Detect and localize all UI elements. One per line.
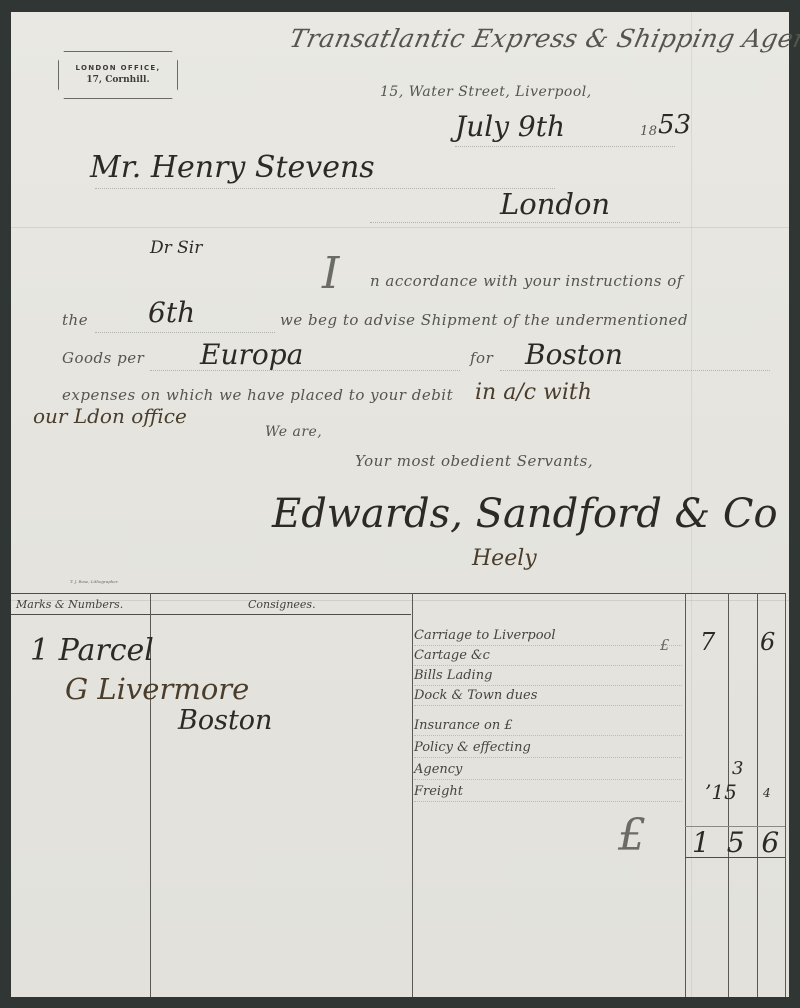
- body-line-1: n accordance with your instructions of: [370, 272, 683, 290]
- addressee-city: London: [500, 187, 610, 221]
- total-amount: 1 5 6: [692, 826, 783, 859]
- body-for: for: [470, 349, 493, 367]
- column-divider: [685, 593, 686, 997]
- lithographer-credit: T. J. Rose, Lithographer.: [70, 579, 118, 584]
- marks-entry: 1 Parcel: [30, 633, 154, 668]
- fold-crease: [11, 227, 789, 228]
- addressee-name: Mr. Henry Stevens: [90, 150, 375, 185]
- body-line-2: we beg to advise Shipment of the underme…: [280, 311, 688, 329]
- letter-date: July 9th: [455, 110, 565, 143]
- agency-shillings: 3: [732, 758, 743, 779]
- office-note: our Ldon office: [33, 404, 187, 428]
- charge-rule: [414, 735, 682, 736]
- charge-insurance: Insurance on £: [414, 718, 513, 733]
- year-prefix: 18: [640, 124, 658, 139]
- body-line-4: expenses on which we have placed to your…: [62, 386, 453, 404]
- charge-rule: [414, 757, 682, 758]
- pound-sign: £: [660, 636, 670, 654]
- carriage-pence: 6: [760, 628, 775, 656]
- signature-sub: Heely: [472, 546, 537, 571]
- total-currency: £: [618, 810, 646, 861]
- table-top-rule: [11, 593, 786, 594]
- consignee-city: Boston: [178, 705, 272, 736]
- charge-rule: [414, 801, 682, 802]
- destination: Boston: [525, 338, 623, 371]
- carriage-shillings: 7: [700, 628, 715, 656]
- date-blank-rule: [95, 332, 275, 333]
- fold-crease: [11, 600, 789, 601]
- we-are: We are,: [265, 424, 322, 440]
- office-label: LONDON OFFICE,: [59, 64, 177, 72]
- header-consignees: Consignees.: [248, 598, 316, 611]
- column-divider: [412, 593, 413, 997]
- company-address: 15, Water Street, Liverpool,: [380, 84, 592, 100]
- charge-rule: [414, 665, 682, 666]
- charge-carriage-liverpool: Carriage to Liverpool: [414, 628, 556, 643]
- freight-shillings: ’15: [705, 780, 737, 804]
- date-rule: [455, 146, 675, 147]
- charge-rule: [414, 779, 682, 780]
- charge-dock-town: Dock & Town dues: [414, 688, 537, 703]
- header-marks: Marks & Numbers.: [16, 598, 123, 611]
- charge-rule: [414, 705, 682, 706]
- ship-name: Europa: [200, 338, 303, 371]
- column-divider: [785, 593, 786, 997]
- addressee-rule: [95, 188, 555, 189]
- table-header-rule: [11, 614, 411, 615]
- company-name: Transatlantic Express & Shipping Agency: [287, 24, 800, 53]
- account-note: in a/c with: [475, 380, 592, 405]
- body-the: the: [62, 311, 88, 329]
- city-rule: [370, 222, 680, 223]
- freight-pence: 4: [763, 786, 771, 800]
- ship-rule: [150, 370, 460, 371]
- charge-policy: Policy & effecting: [414, 740, 531, 755]
- charge-freight: Freight: [414, 784, 463, 799]
- destination-rule: [500, 370, 770, 371]
- closing: Your most obedient Servants,: [355, 452, 593, 470]
- instruction-date: 6th: [148, 296, 195, 329]
- charge-agency: Agency: [414, 762, 462, 777]
- charge-rule: [414, 645, 682, 646]
- consignee-entry: G Livermore: [65, 672, 249, 706]
- london-office-box: LONDON OFFICE, 17, Cornhill.: [58, 51, 178, 99]
- body-goods-per: Goods per: [62, 349, 144, 367]
- office-address: 17, Cornhill.: [59, 75, 177, 85]
- salutation: Dr Sir: [150, 238, 202, 258]
- year-suffix: 53: [658, 110, 691, 140]
- column-divider: [757, 593, 758, 997]
- charge-cartage: Cartage &c: [414, 648, 490, 663]
- initial-letter: I: [322, 248, 339, 299]
- charge-bills-lading: Bills Lading: [414, 668, 492, 683]
- charge-rule: [414, 685, 682, 686]
- signature: Edwards, Sandford & Co: [272, 491, 778, 537]
